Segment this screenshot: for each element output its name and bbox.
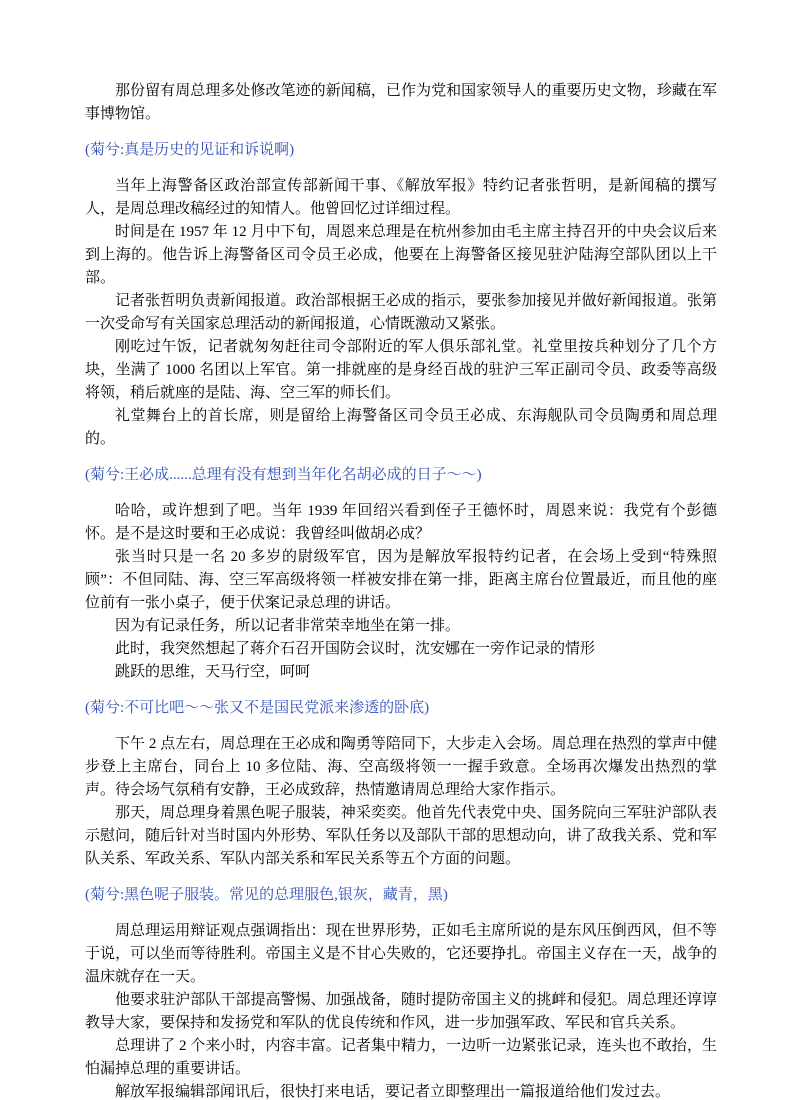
document-page: 那份留有周总理多处修改笔迹的新闻稿，已作为党和国家领导人的重要历史文物，珍藏在军…	[0, 0, 800, 1100]
document-body: 那份留有周总理多处修改笔迹的新闻稿，已作为党和国家领导人的重要历史文物，珍藏在军…	[85, 80, 717, 1100]
body-paragraph: 解放军报编辑部闻讯后，很快打来电话，要记者立即整理出一篇报道给他们发过去。	[85, 1081, 717, 1100]
body-paragraph: 时间是在 1957 年 12 月中下旬，周恩来总理是在杭州参加由毛主席主持召开的…	[85, 221, 717, 290]
body-paragraph: 下午 2 点左右，周总理在王必成和陶勇等陪同下，大步走入会场。周总理在热烈的掌声…	[85, 733, 717, 802]
comment-annotation: (菊兮:王必成......总理有没有想到当年化名胡必成的日子～～)	[85, 464, 717, 487]
body-paragraph: 刚吃过午饭，记者就匆匆赶往司令部附近的军人俱乐部礼堂。礼堂里按兵种划分了几个方块…	[85, 336, 717, 405]
body-paragraph: 礼堂舞台上的首长席，则是留给上海警备区司令员王必成、东海舰队司令员陶勇和周总理的…	[85, 405, 717, 451]
body-paragraph: 周总理运用辩证观点强调指出：现在世界形势，正如毛主席所说的是东风压倒西风，但不等…	[85, 920, 717, 989]
body-paragraph: 当年上海警备区政治部宣传部新闻干事、《解放军报》特约记者张哲明，是新闻稿的撰写人…	[85, 175, 717, 221]
body-paragraph: 那天，周总理身着黑色呢子服装，神采奕奕。他首先代表党中央、国务院向三军驻沪部队表…	[85, 802, 717, 871]
body-paragraph: 他要求驻沪部队干部提高警惕、加强战备，随时提防帝国主义的挑衅和侵犯。周总理还谆谆…	[85, 989, 717, 1035]
body-paragraph: 记者张哲明负责新闻报道。政治部根据王必成的指示，要张参加接见并做好新闻报道。张第…	[85, 290, 717, 336]
body-paragraph: 跳跃的思维，天马行空，呵呵	[85, 661, 717, 684]
body-paragraph: 此时，我突然想起了蒋介石召开国防会议时，沈安娜在一旁作记录的情形	[85, 638, 717, 661]
body-paragraph: 张当时只是一名 20 多岁的尉级军官，因为是解放军报特约记者，在会场上受到“特殊…	[85, 546, 717, 615]
body-paragraph: 那份留有周总理多处修改笔迹的新闻稿，已作为党和国家领导人的重要历史文物，珍藏在军…	[85, 80, 717, 126]
comment-annotation: (菊兮:真是历史的见证和诉说啊)	[85, 139, 717, 162]
body-paragraph: 总理讲了 2 个来小时，内容丰富。记者集中精力，一边听一边紧张记录，连头也不敢抬…	[85, 1035, 717, 1081]
body-paragraph: 哈哈，或许想到了吧。当年 1939 年回绍兴看到侄子王德怀时，周恩来说：我党有个…	[85, 500, 717, 546]
body-paragraph: 因为有记录任务，所以记者非常荣幸地坐在第一排。	[85, 615, 717, 638]
comment-annotation: (菊兮:不可比吧～～张又不是国民党派来渗透的卧底)	[85, 697, 717, 720]
comment-annotation: (菊兮:黑色呢子服装。常见的总理服色,银灰，藏青，黑)	[85, 884, 717, 907]
